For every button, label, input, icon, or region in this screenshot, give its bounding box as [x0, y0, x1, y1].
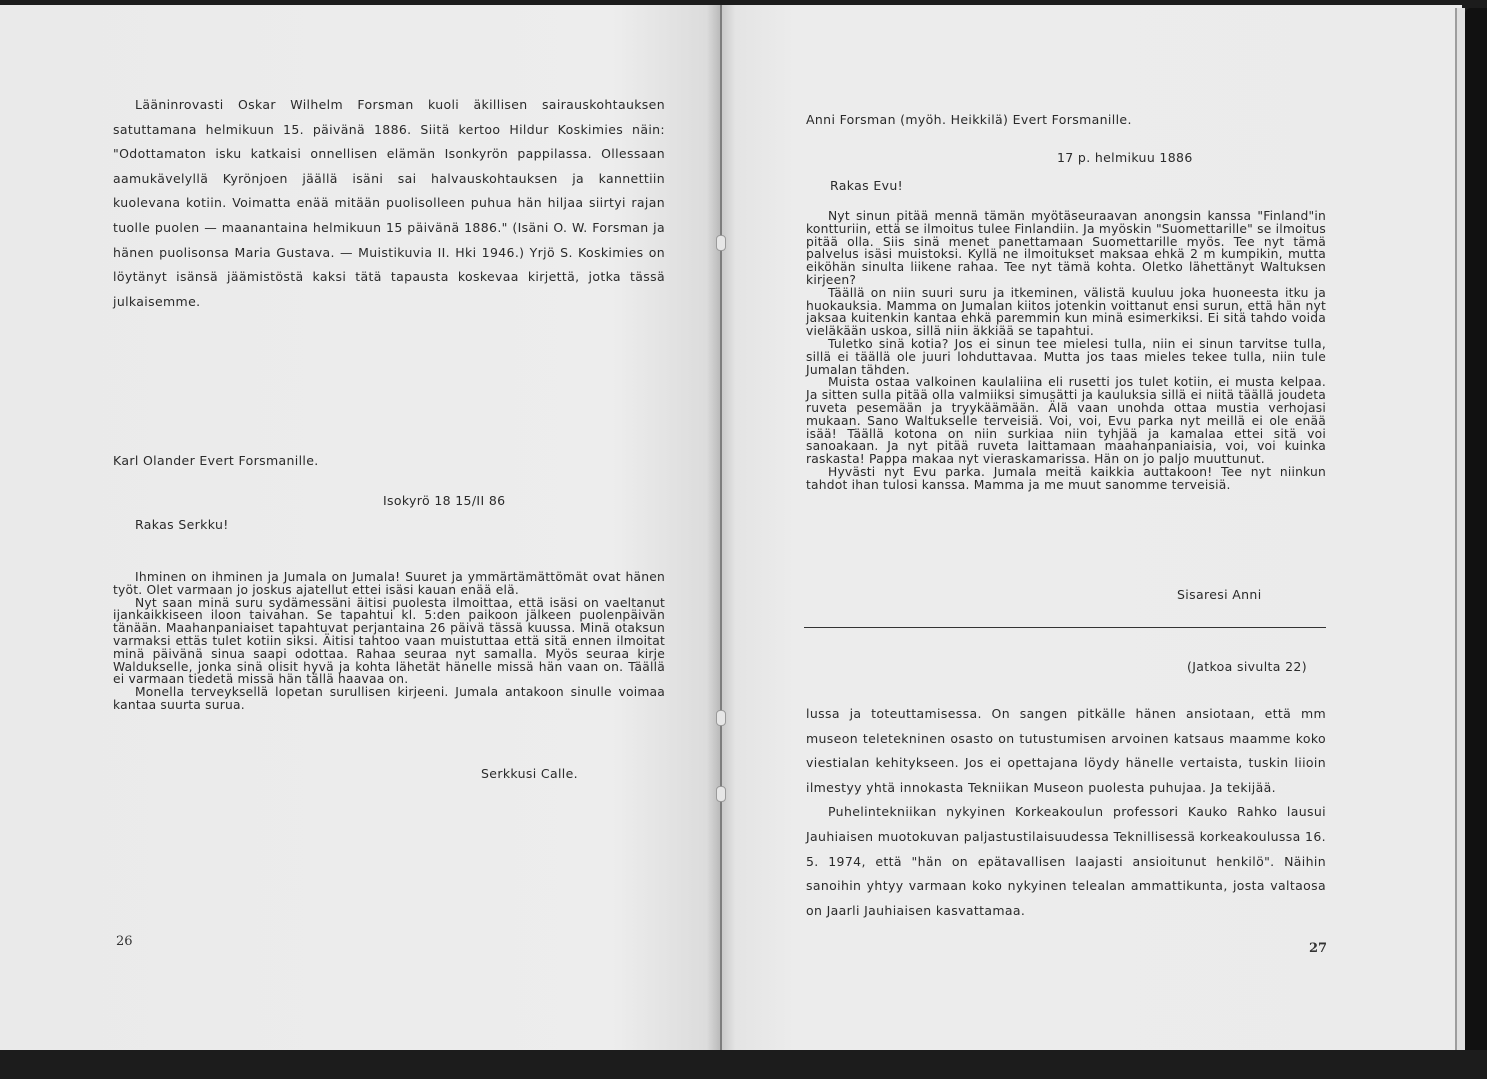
staple [716, 235, 726, 251]
letter-body: Ihminen on ihminen ja Jumala on Jumala! … [113, 571, 665, 712]
letter-paragraph: Nyt saan minä suru sydämessäni äitisi pu… [113, 597, 665, 687]
continuation-note: (Jatkoa sivulta 22) [1187, 659, 1307, 674]
intro-paragraph: Lääninrovasti Oskar Wilhelm Forsman kuol… [113, 93, 665, 314]
letter-paragraph: Monella terveyksellä lopetan surullisen … [113, 686, 665, 712]
letter-date: 17 p. helmikuu 1886 [1057, 150, 1193, 165]
letter-paragraph: Täällä on niin suuri suru ja itkeminen, … [806, 287, 1326, 338]
letter-paragraph: Hyvästi nyt Evu parka. Jumala meitä kaik… [806, 466, 1326, 492]
staple [716, 786, 726, 802]
letter-signature: Serkkusi Calle. [481, 766, 578, 781]
letter-place-date: Isokyrö 18 15/II 86 [383, 493, 505, 508]
letter-paragraph: Tuletko sinä kotia? Jos ei sinun tee mie… [806, 338, 1326, 376]
letter-salutation: Rakas Evu! [830, 178, 903, 193]
letter-salutation: Rakas Serkku! [135, 517, 229, 532]
staple [716, 710, 726, 726]
page-number: 26 [116, 934, 133, 949]
book-spine [720, 5, 722, 1050]
letter-body: Nyt sinun pitää mennä tämän myötäseuraav… [806, 210, 1326, 492]
page-number: 27 [1309, 941, 1327, 956]
letter-heading: Anni Forsman (myöh. Heikkilä) Evert Fors… [806, 112, 1132, 127]
continuation-body: lussa ja toteuttamisessa. On sangen pitk… [806, 702, 1326, 923]
continuation-paragraph: Puhelintekniikan nykyinen Korkeakoulun p… [806, 800, 1326, 923]
letter-paragraph: Nyt sinun pitää mennä tämän myötäseuraav… [806, 210, 1326, 287]
page-edge [1455, 8, 1465, 1050]
section-divider [804, 627, 1326, 628]
letter-signature: Sisaresi Anni [1177, 587, 1262, 602]
cover-edge [1465, 8, 1487, 1050]
letter-heading: Karl Olander Evert Forsmanille. [113, 453, 319, 468]
continuation-paragraph: lussa ja toteuttamisessa. On sangen pitk… [806, 702, 1326, 800]
letter-paragraph: Muista ostaa valkoinen kaulaliina eli ru… [806, 376, 1326, 466]
letter-paragraph: Ihminen on ihminen ja Jumala on Jumala! … [113, 571, 665, 597]
